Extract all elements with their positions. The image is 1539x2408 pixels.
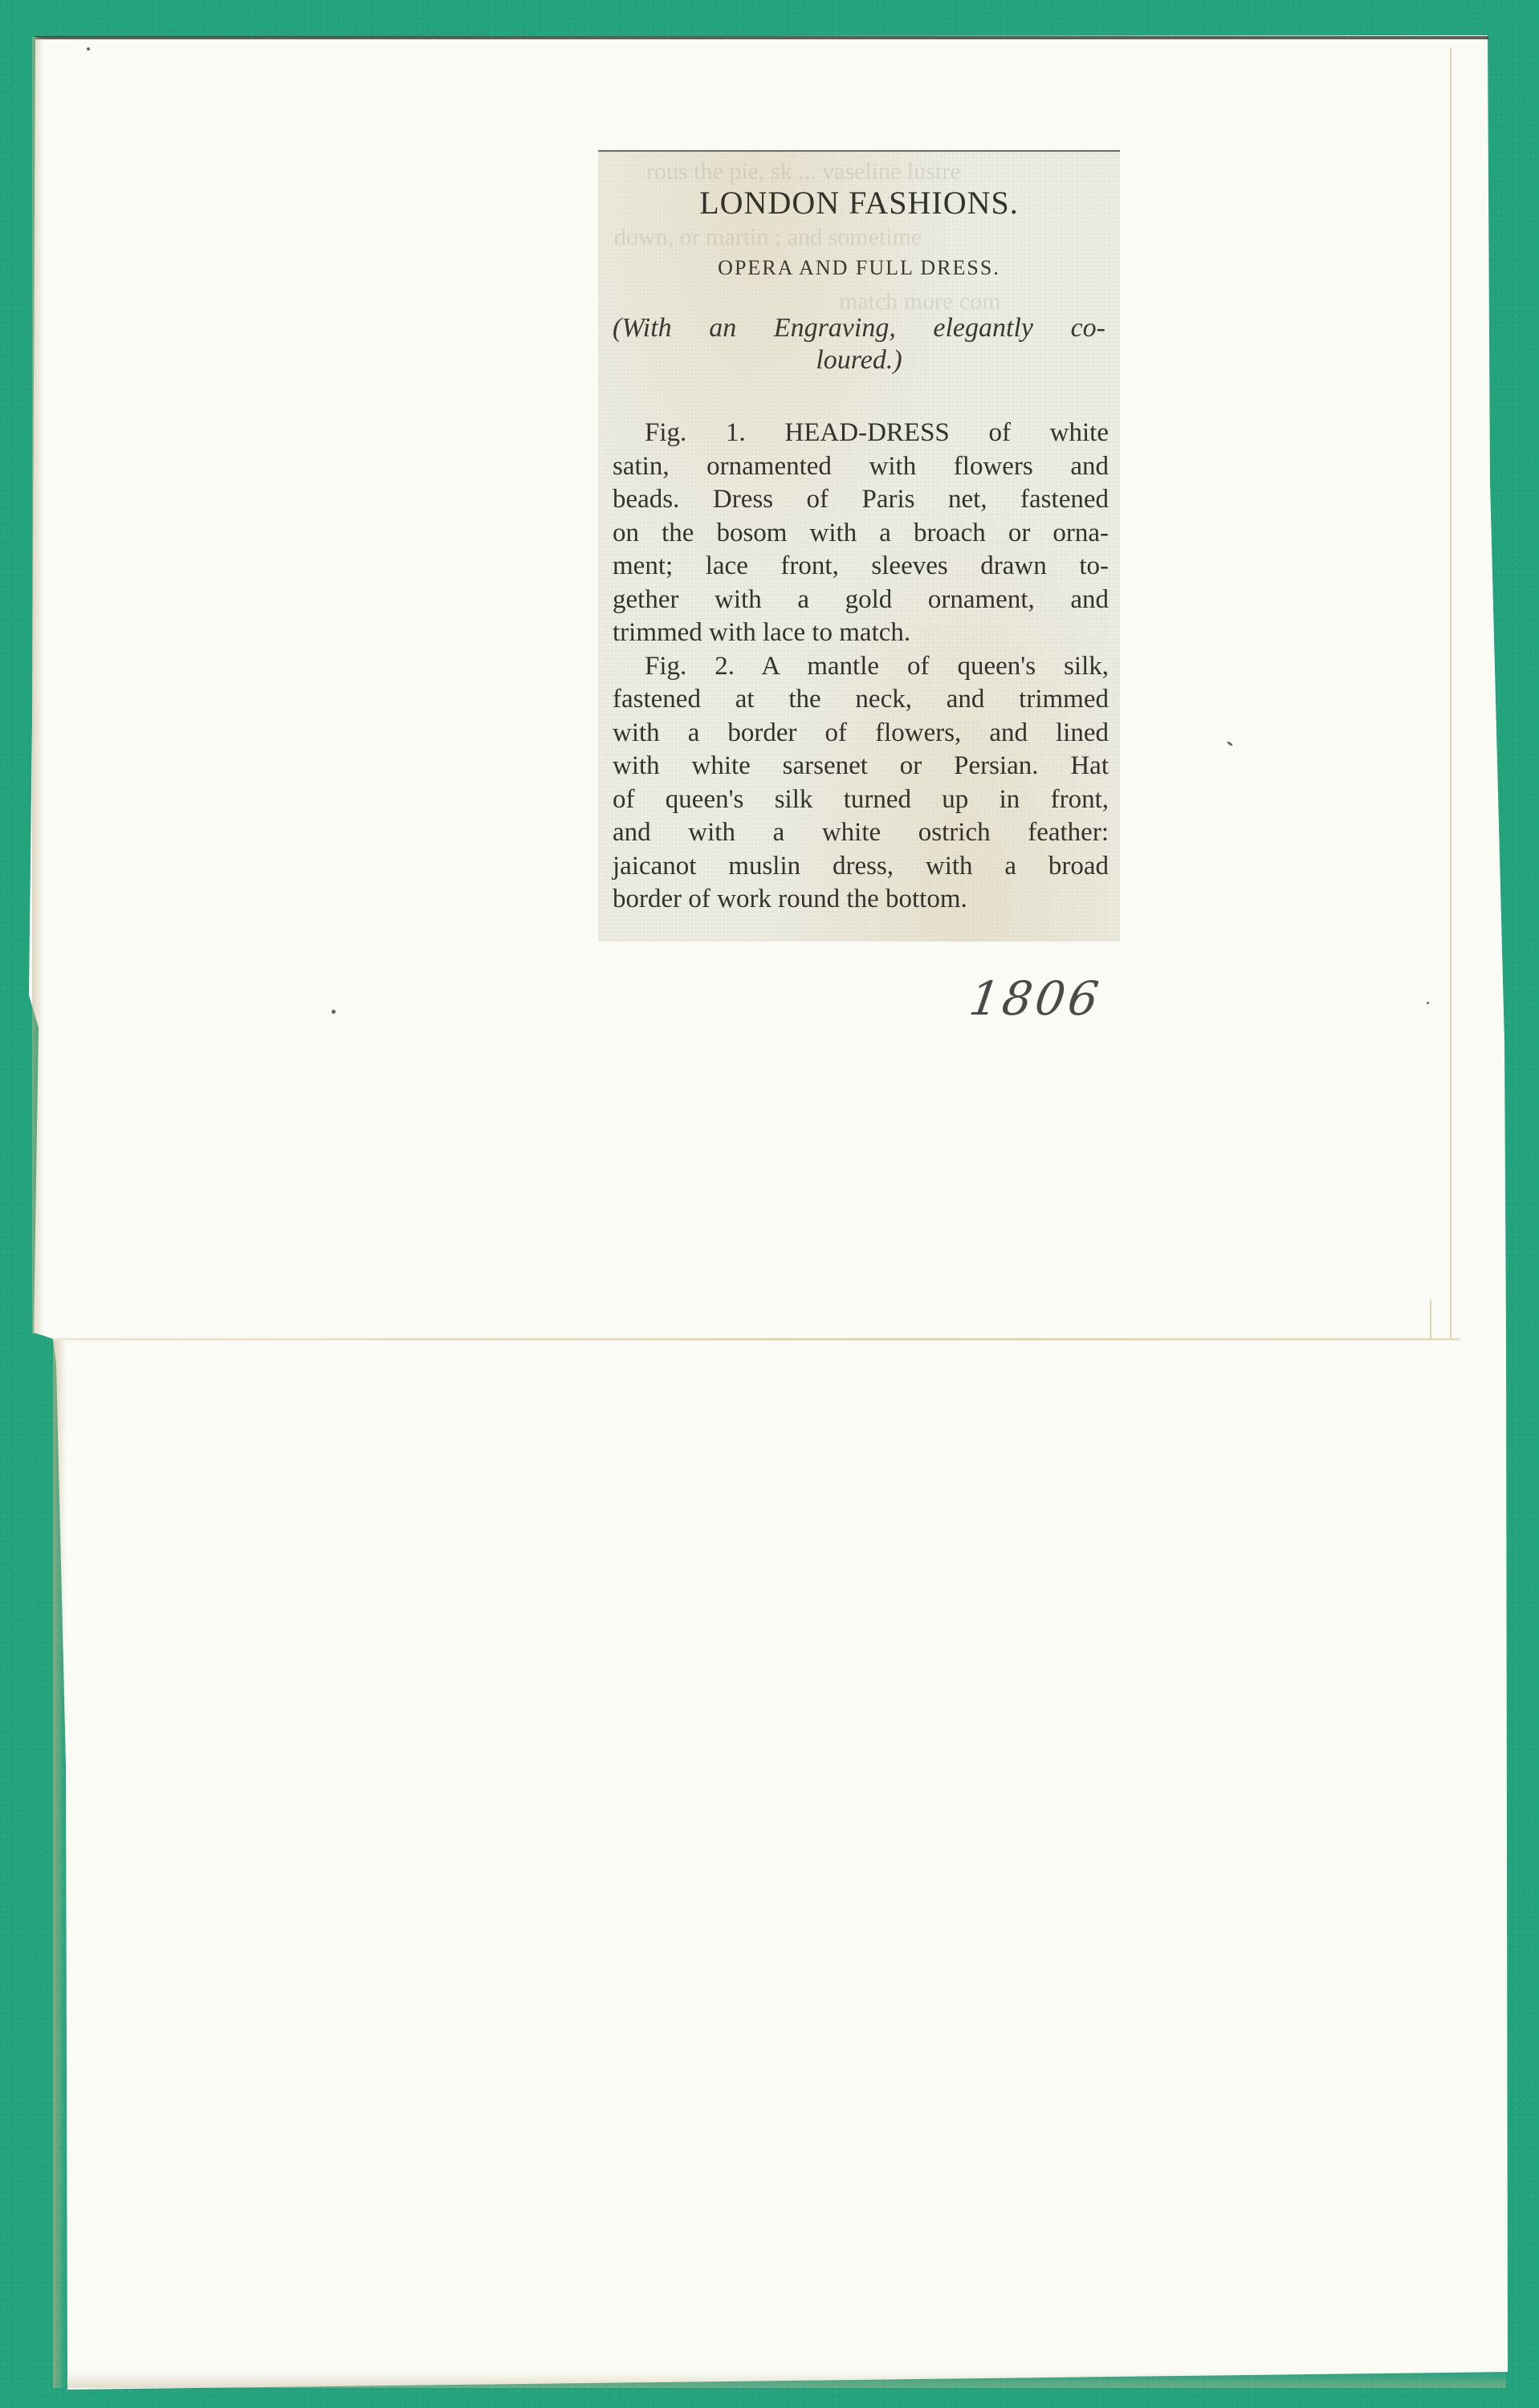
handwritten-year-annotation: 1806	[966, 971, 1105, 1026]
clipping-title: LONDON FASHIONS.	[598, 184, 1120, 222]
reverse-show-through: down, or martin ; and sometime	[614, 224, 922, 251]
paper-speck	[87, 47, 90, 51]
reverse-show-through: rous the pie, sk ... vaseline lustre	[646, 158, 961, 185]
reverse-show-through: match more com	[839, 288, 1001, 315]
fig2-line: of queen's silk turned up in front,	[613, 783, 1109, 817]
clipping-subtitle: OPERA AND FULL DRESS.	[598, 256, 1120, 280]
underlying-sheet-edge	[1450, 48, 1451, 1339]
fig1-line: beads. Dress of Paris net, fastened	[613, 483, 1109, 517]
fig2-line: and with a white ostrich feather:	[613, 816, 1109, 850]
engraving-note-line-1: (With an Engraving, elegantly co-	[613, 312, 1105, 344]
fig1-line: on the bosom with a broach or orna-	[613, 517, 1109, 551]
fig2-line: Fig. 2. A mantle of queen's silk,	[613, 650, 1109, 684]
newspaper-clipping: rous the pie, sk ... vaseline lustre dow…	[598, 150, 1120, 942]
fig1-line: ment; lace front, sleeves drawn to-	[613, 550, 1109, 584]
fig1-line: gether with a gold ornament, and	[613, 584, 1109, 617]
engraving-note-line-2: loured.)	[613, 344, 1105, 376]
paper-speck	[1427, 1002, 1429, 1004]
fig1-line: Fig. 1. HEAD-DRESS of white	[613, 417, 1109, 450]
fig2-line: jaicanot muslin dress, with a broad	[613, 850, 1109, 884]
fig1-line: satin, ornamented with flowers and	[613, 450, 1109, 484]
fig2-line: with white sarsenet or Persian. Hat	[613, 750, 1109, 783]
fig2-line: with a border of flowers, and lined	[613, 717, 1109, 750]
fig2-line: fastened at the neck, and trimmed	[613, 683, 1109, 717]
underlying-sheet-edge-short	[1430, 1300, 1431, 1339]
fold-line	[53, 1338, 1460, 1340]
fig2-line: border of work round the bottom.	[613, 883, 1109, 917]
paper-speck	[332, 1010, 336, 1014]
clipping-engraving-note: (With an Engraving, elegantly co- loured…	[613, 312, 1105, 376]
fig1-line: trimmed with lace to match.	[613, 616, 1109, 650]
clipping-body: Fig. 1. HEAD-DRESS of white satin, ornam…	[613, 417, 1109, 917]
